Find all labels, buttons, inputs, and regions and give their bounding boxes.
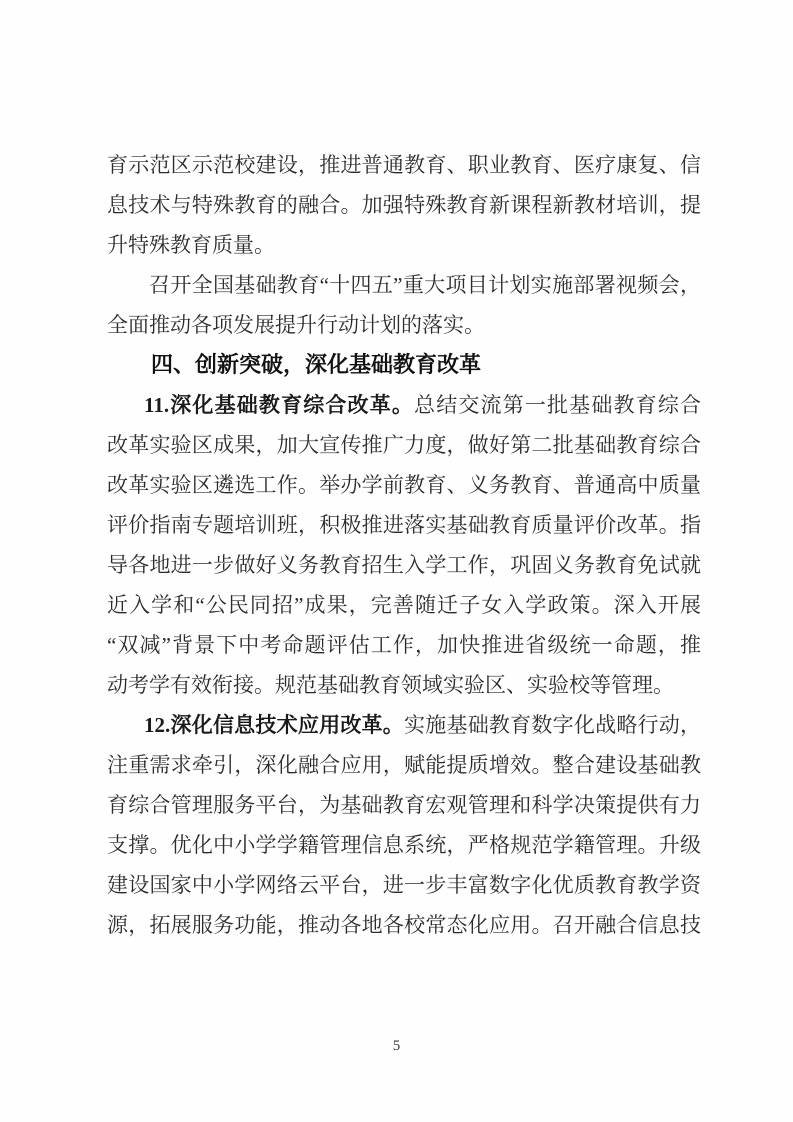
body-line: 息技术与特殊教育的融合。加强特殊教育新课程新教材培训，提 (107, 185, 701, 225)
page-footer: 5 (0, 1036, 793, 1056)
page-number: 5 (393, 1038, 401, 1054)
body-line: 改革实验区遴选工作。举办学前教育、义务教育、普通高中质量 (107, 465, 701, 505)
body-line: 动考学有效衔接。规范基础教育领域实验区、实验校等管理。 (107, 665, 701, 705)
body-line: “双减”背景下中考命题评估工作，加快推进省级统一命题，推 (107, 625, 701, 665)
document-body: 育示范区示范校建设，推进普通教育、职业教育、医疗康复、信 息技术与特殊教育的融合… (107, 145, 701, 945)
body-line-text: 总结交流第一批基础教育综合 (414, 393, 701, 417)
body-line: 全面推动各项发展提升行动计划的落实。 (107, 305, 701, 345)
document-page: 育示范区示范校建设，推进普通教育、职业教育、医疗康复、信 息技术与特殊教育的融合… (0, 0, 793, 1122)
body-line: 评价指南专题培训班，积极推进落实基础教育质量评价改革。指 (107, 505, 701, 545)
body-line: 注重需求牵引，深化融合应用，赋能提质增效。整合建设基础教 (107, 745, 701, 785)
body-line: 育示范区示范校建设，推进普通教育、职业教育、医疗康复、信 (107, 145, 701, 185)
body-line: 11.深化基础教育综合改革。总结交流第一批基础教育综合 (107, 385, 701, 425)
body-line: 源，拓展服务功能，推动各地各校常态化应用。召开融合信息技 (107, 905, 701, 945)
paragraph-number-lead: 12.深化信息技术应用改革。 (144, 713, 404, 737)
body-line: 建设国家中小学网络云平台，进一步丰富数字化优质教育教学资 (107, 865, 701, 905)
body-line-text: 实施基础教育数字化战略行动， (404, 713, 701, 737)
body-line: 升特殊教育质量。 (107, 225, 701, 265)
body-line: 改革实验区成果，加大宣传推广力度，做好第二批基础教育综合 (107, 425, 701, 465)
body-line: 育综合管理服务平台，为基础教育宏观管理和科学决策提供有力 (107, 785, 701, 825)
body-line: 导各地进一步做好义务教育招生入学工作，巩固义务教育免试就 (107, 545, 701, 585)
body-line: 支撑。优化中小学学籍管理信息系统，严格规范学籍管理。升级 (107, 825, 701, 865)
body-line: 近入学和“公民同招”成果，完善随迁子女入学政策。深入开展 (107, 585, 701, 625)
body-line: 召开全国基础教育“十四五”重大项目计划实施部署视频会， (107, 265, 701, 305)
section-heading: 四、创新突破，深化基础教育改革 (107, 345, 701, 385)
paragraph-number-lead: 11.深化基础教育综合改革。 (144, 393, 414, 417)
body-line: 12.深化信息技术应用改革。实施基础教育数字化战略行动， (107, 705, 701, 745)
